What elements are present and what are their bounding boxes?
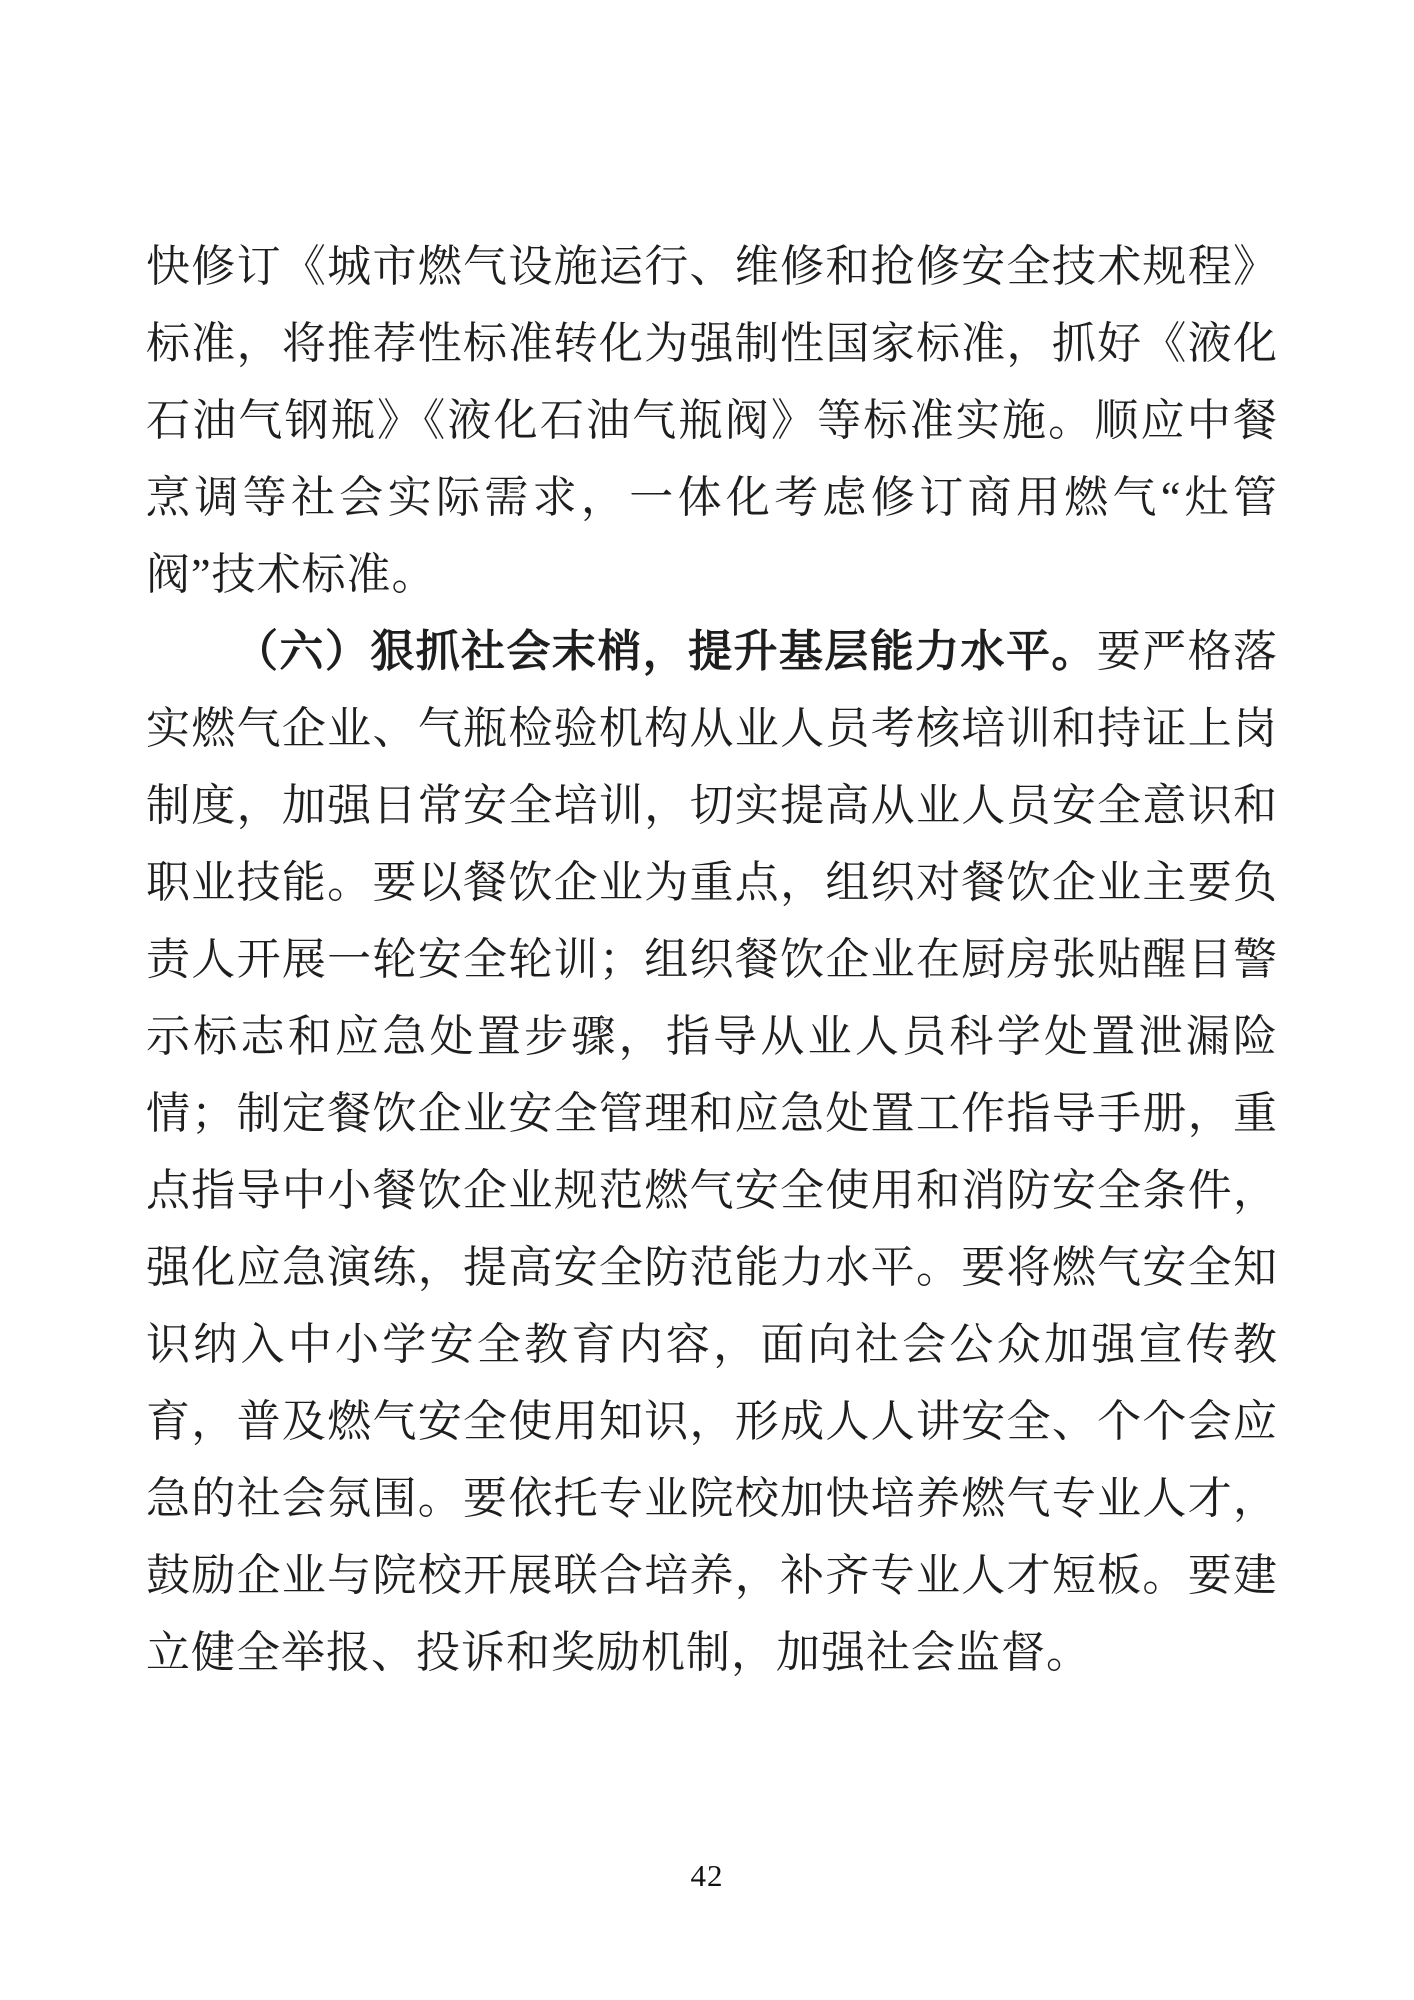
paragraph-continuation: 快修订《城市燃气设施运行、维修和抢修安全技术规程》标准，将推荐性标准转化为强制性…: [146, 228, 1278, 613]
section-heading-bold: （六）狠抓社会末梢，提升基层能力水平。: [234, 627, 1097, 676]
page-footer: 42: [0, 1858, 1414, 1894]
page-number: 42: [691, 1858, 724, 1893]
paragraph-text: 快修订《城市燃气设施运行、维修和抢修安全技术规程》标准，将推荐性标准转化为强制性…: [146, 242, 1278, 599]
document-body: 快修订《城市燃气设施运行、维修和抢修安全技术规程》标准，将推荐性标准转化为强制性…: [146, 228, 1278, 1691]
document-page: 快修订《城市燃气设施运行、维修和抢修安全技术规程》标准，将推荐性标准转化为强制性…: [0, 0, 1414, 2000]
paragraph-text: 要严格落实燃气企业、气瓶检验机构从业人员考核培训和持证上岗制度，加强日常安全培训…: [146, 627, 1278, 1677]
paragraph-section-six: （六）狠抓社会末梢，提升基层能力水平。要严格落实燃气企业、气瓶检验机构从业人员考…: [146, 613, 1278, 1691]
